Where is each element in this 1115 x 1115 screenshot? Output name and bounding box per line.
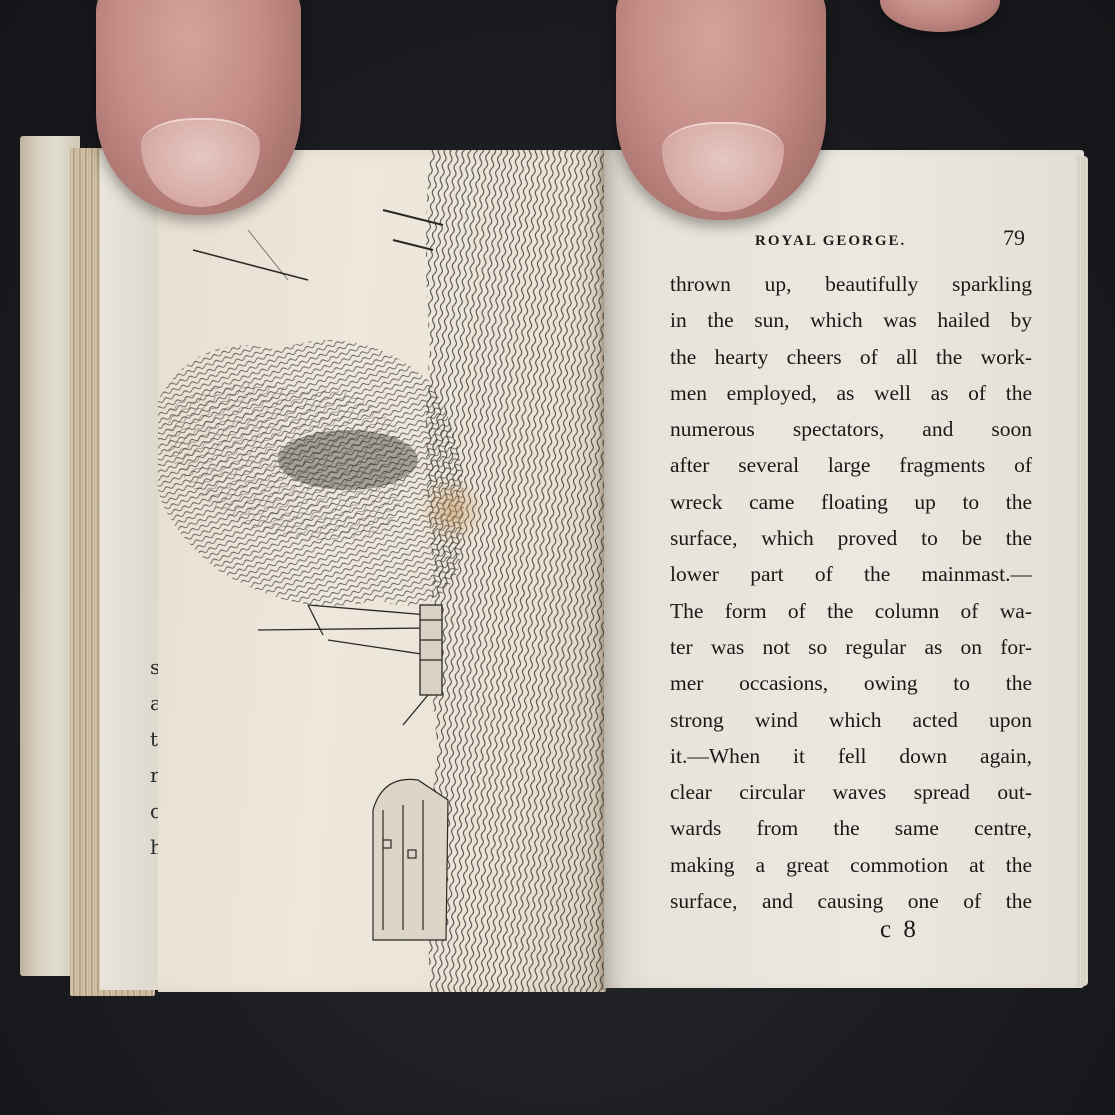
- text-line: men employed, as well as of the: [670, 375, 1032, 411]
- text-line: The form of the column of wa-: [670, 593, 1032, 629]
- text-line: thrown up, beautifully sparkling: [670, 266, 1032, 302]
- flyleaf: [100, 150, 160, 990]
- left-finger: [96, 0, 301, 215]
- page-body-text: thrown up, beautifully sparkling in the …: [670, 266, 1032, 919]
- left-page-illustration: ROYAL GEORGE: [158, 150, 606, 992]
- page-stack-right: [1076, 156, 1088, 986]
- foxing-stain: [418, 480, 488, 540]
- signature-mark: c 8: [880, 916, 919, 944]
- engraving-illustration: ROYAL GEORGE: [158, 150, 606, 992]
- text-line: it.—When it fell down again,: [670, 738, 1032, 774]
- book-photo: s a t r c h: [0, 0, 1115, 1115]
- text-line: lower part of the mainmast.—: [670, 556, 1032, 592]
- running-head: ROYAL GEORGE. 79: [755, 225, 1025, 251]
- page-number: 79: [1003, 225, 1025, 251]
- text-line: the hearty cheers of all the work-: [670, 339, 1032, 375]
- text-line: after several large fragments of: [670, 447, 1032, 483]
- text-line: ter was not so regular as on for-: [670, 629, 1032, 665]
- text-line: strong wind which acted upon: [670, 702, 1032, 738]
- running-title: ROYAL GEORGE.: [755, 233, 906, 250]
- far-finger-tip: [880, 0, 1000, 32]
- text-line: in the sun, which was hailed by: [670, 302, 1032, 338]
- fingernail: [662, 122, 784, 212]
- text-line: clear circular waves spread out-: [670, 774, 1032, 810]
- fingernail: [141, 118, 260, 207]
- text-line: mer occasions, owing to the: [670, 665, 1032, 701]
- text-line: wreck came floating up to the: [670, 484, 1032, 520]
- text-line: numerous spectators, and soon: [670, 411, 1032, 447]
- right-finger: [616, 0, 826, 220]
- text-line: wards from the same centre,: [670, 810, 1032, 846]
- text-line: surface, which proved to be the: [670, 520, 1032, 556]
- text-line: making a great commotion at the: [670, 847, 1032, 883]
- text-line: surface, and causing one of the: [670, 883, 1032, 919]
